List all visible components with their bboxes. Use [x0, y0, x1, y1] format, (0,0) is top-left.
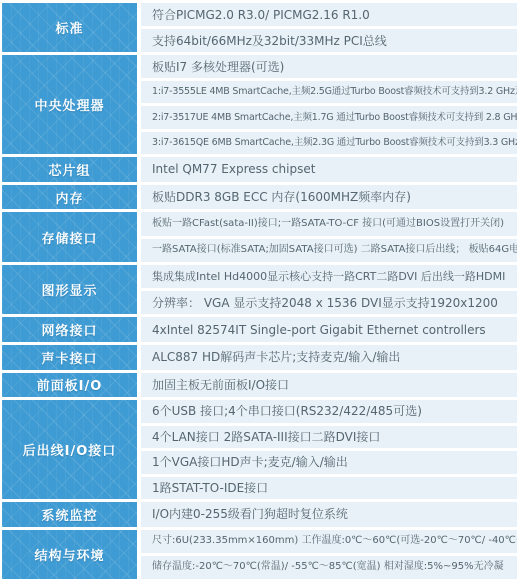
- label-graphics: 图形显示: [2, 265, 137, 314]
- section-rear-io: 后出线I/O接口 6个USB 接口;4个串口接口(RS232/422/485可选…: [2, 400, 517, 499]
- section-monitor-rows: I/O内建0-255级看门狗超时复位系统: [141, 502, 517, 527]
- network-row-0: 4xIntel 82574IT Single-port Gigabit Ethe…: [141, 317, 517, 342]
- section-audio: 声卡接口 ALC887 HD解码声卡芯片;支持麦克/输入/输出: [2, 345, 517, 370]
- section-storage: 存储接口 板贴一路CFast(sata-II)接口;一路SATA-TO-CF 接…: [2, 212, 517, 261]
- section-memory-rows: 板贴DDR3 8GB ECC 内存(1600MHZ频率内存): [141, 185, 517, 210]
- section-network: 网络接口 4xIntel 82574IT Single-port Gigabit…: [2, 317, 517, 342]
- label-monitor: 系统监控: [2, 502, 137, 527]
- label-audio: 声卡接口: [2, 345, 137, 370]
- storage-row-0: 板贴一路CFast(sata-II)接口;一路SATA-TO-CF 接口(可通过…: [141, 212, 517, 235]
- storage-row-1: 一路SATA接口(标准SATA;加固SATA接口可选) 二路SATA接口后出线；…: [141, 239, 517, 262]
- section-network-rows: 4xIntel 82574IT Single-port Gigabit Ethe…: [141, 317, 517, 342]
- cpu-row-2: 2:i7-3517UE 4MB SmartCache,主频1.7G 通过Turb…: [141, 106, 517, 128]
- label-network: 网络接口: [2, 317, 137, 342]
- section-monitor: 系统监控 I/O内建0-255级看门狗超时复位系统: [2, 502, 517, 527]
- section-environment: 结构与环境 尺寸:6U(233.35mm×160mm) 工作温度:0℃～60℃(…: [2, 530, 517, 579]
- section-memory: 内存 板贴DDR3 8GB ECC 内存(1600MHZ频率内存): [2, 185, 517, 210]
- environment-row-0: 尺寸:6U(233.35mm×160mm) 工作温度:0℃～60℃(可选-20℃…: [141, 530, 517, 553]
- audio-row-0: ALC887 HD解码声卡芯片;支持麦克/输入/输出: [141, 345, 517, 370]
- section-front-io-rows: 加固主板无前面板I/O接口: [141, 373, 517, 398]
- label-standard: 标准: [2, 3, 137, 52]
- rear-io-row-0: 6个USB 接口;4个串口接口(RS232/422/485可选): [141, 400, 517, 422]
- label-storage: 存储接口: [2, 212, 137, 261]
- monitor-row-0: I/O内建0-255级看门狗超时复位系统: [141, 502, 517, 527]
- section-graphics: 图形显示 集成集成Intel Hd4000显示核心支持一路CRT二路DVI 后出…: [2, 265, 517, 314]
- section-standard: 标准 符合PICMG2.0 R3.0/ PICMG2.16 R1.0 支持64b…: [2, 3, 517, 52]
- rear-io-row-3: 1路STAT-TO-IDE接口: [141, 477, 517, 499]
- cpu-row-0: 板贴I7 多核处理器(可选): [141, 55, 517, 77]
- section-graphics-rows: 集成集成Intel Hd4000显示核心支持一路CRT二路DVI 后出线一路HD…: [141, 265, 517, 314]
- label-front-io: 前面板I/O: [2, 373, 137, 398]
- memory-row-0: 板贴DDR3 8GB ECC 内存(1600MHZ频率内存): [141, 185, 517, 210]
- section-storage-rows: 板贴一路CFast(sata-II)接口;一路SATA-TO-CF 接口(可通过…: [141, 212, 517, 261]
- section-environment-rows: 尺寸:6U(233.35mm×160mm) 工作温度:0℃～60℃(可选-20℃…: [141, 530, 517, 579]
- section-rear-io-rows: 6个USB 接口;4个串口接口(RS232/422/485可选) 4个LAN接口…: [141, 400, 517, 499]
- graphics-row-0: 集成集成Intel Hd4000显示核心支持一路CRT二路DVI 后出线一路HD…: [141, 265, 517, 288]
- environment-row-1: 储存温度:-20℃～70℃(常温)/ -55℃～85℃(宽温) 相对湿度:5%~…: [141, 556, 517, 579]
- standard-row-1: 支持64bit/66MHz及32bit/33MHz PCI总线: [141, 29, 517, 52]
- section-chipset-rows: Intel QM77 Express chipset: [141, 157, 517, 182]
- cpu-row-1: 1:i7-3555LE 4MB SmartCache,主频2.5G通过Turbo…: [141, 81, 517, 103]
- label-environment: 结构与环境: [2, 530, 137, 579]
- graphics-row-1: 分辨率： VGA 显示支持2048 x 1536 DVI显示支持1920x120…: [141, 291, 517, 314]
- label-memory: 内存: [2, 185, 137, 210]
- chipset-row-0: Intel QM77 Express chipset: [141, 157, 517, 182]
- cpu-row-3: 3:i7-3615QE 6MB SmartCache,主频2.3G 通过Turb…: [141, 132, 517, 154]
- section-audio-rows: ALC887 HD解码声卡芯片;支持麦克/输入/输出: [141, 345, 517, 370]
- spec-table: 标准 符合PICMG2.0 R3.0/ PICMG2.16 R1.0 支持64b…: [0, 0, 519, 582]
- section-cpu: 中央处理器 板贴I7 多核处理器(可选) 1:i7-3555LE 4MB Sma…: [2, 55, 517, 154]
- section-front-io: 前面板I/O 加固主板无前面板I/O接口: [2, 373, 517, 398]
- standard-row-0: 符合PICMG2.0 R3.0/ PICMG2.16 R1.0: [141, 3, 517, 26]
- front-io-row-0: 加固主板无前面板I/O接口: [141, 373, 517, 398]
- label-cpu: 中央处理器: [2, 55, 137, 154]
- label-chipset: 芯片组: [2, 157, 137, 182]
- label-rear-io: 后出线I/O接口: [2, 400, 137, 499]
- section-chipset: 芯片组 Intel QM77 Express chipset: [2, 157, 517, 182]
- rear-io-row-2: 1个VGA接口HD声卡;麦克/输入/输出: [141, 451, 517, 473]
- rear-io-row-1: 4个LAN接口 2路SATA-III接口二路DVI接口: [141, 426, 517, 448]
- section-cpu-rows: 板贴I7 多核处理器(可选) 1:i7-3555LE 4MB SmartCach…: [141, 55, 517, 154]
- section-standard-rows: 符合PICMG2.0 R3.0/ PICMG2.16 R1.0 支持64bit/…: [141, 3, 517, 52]
